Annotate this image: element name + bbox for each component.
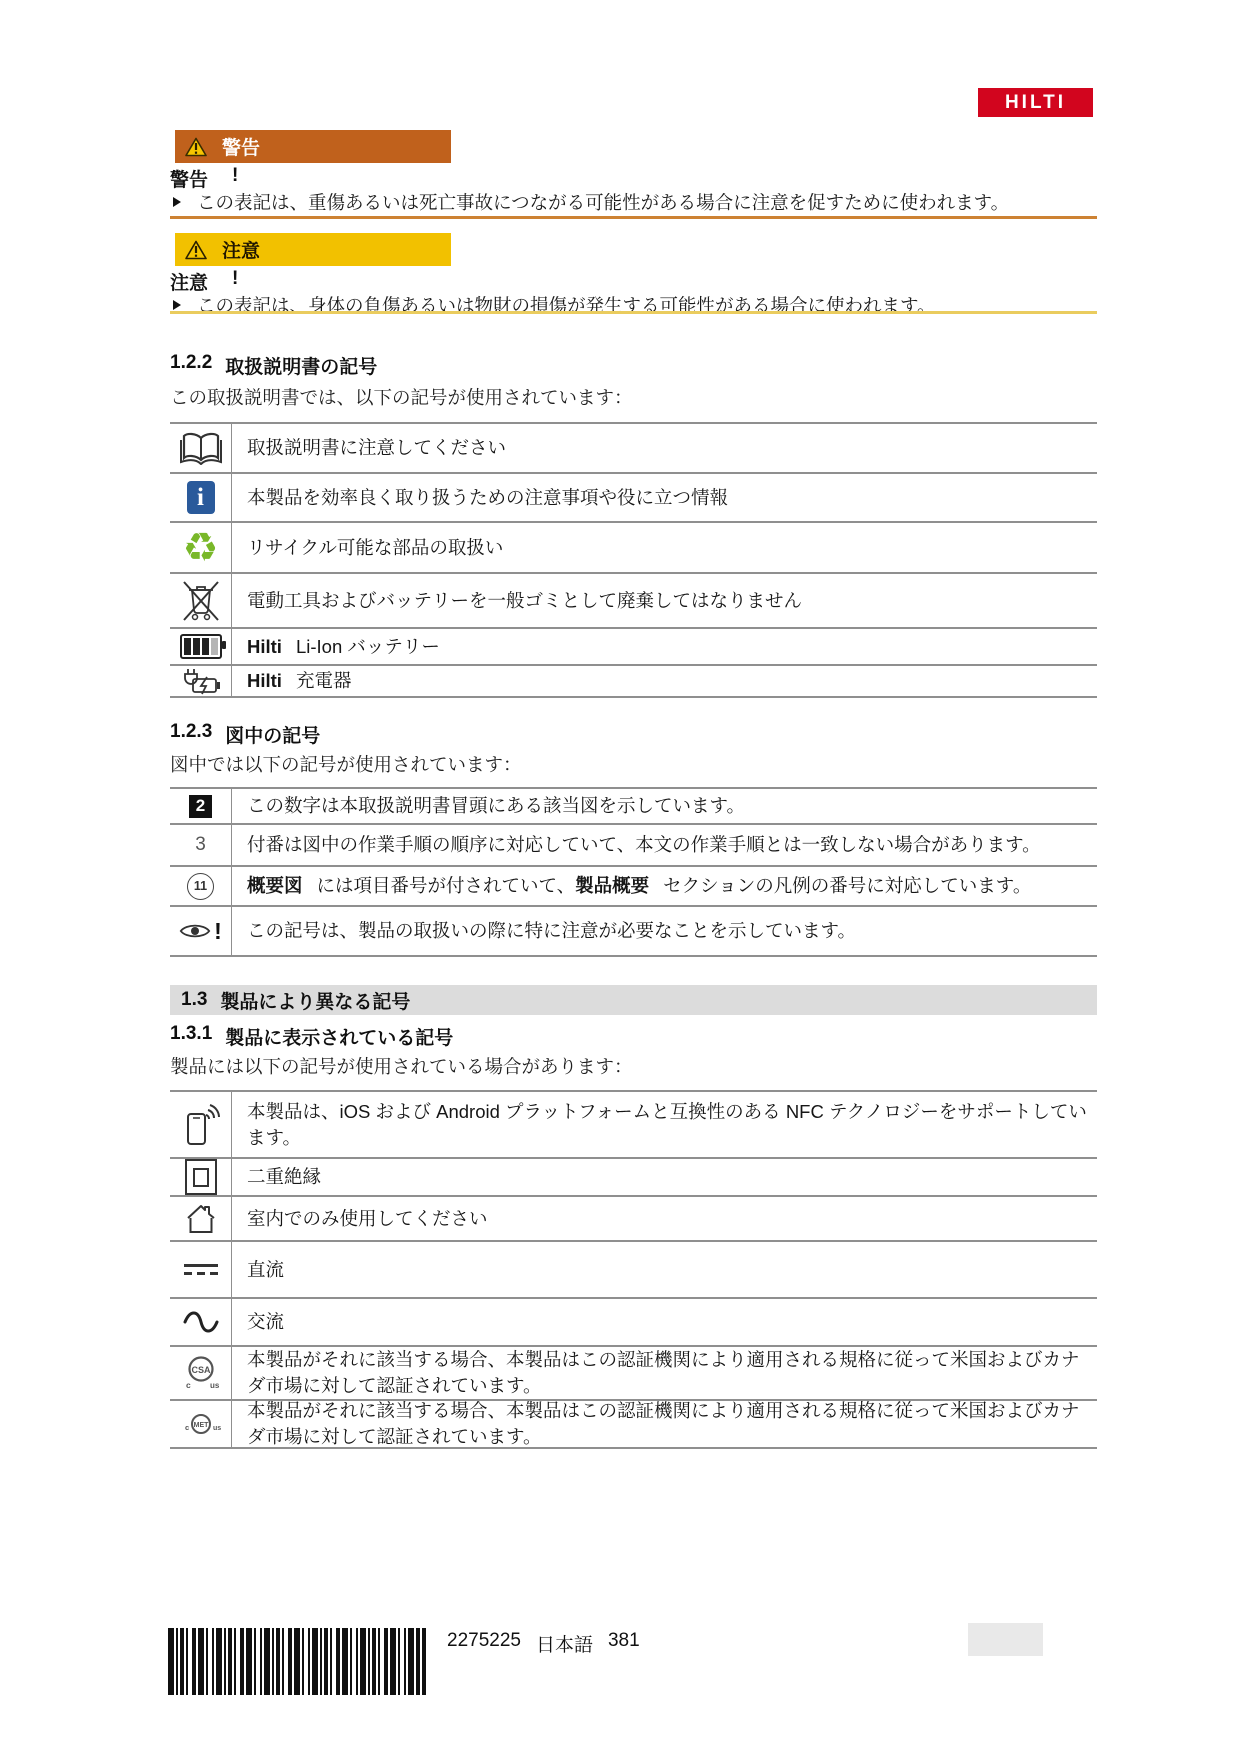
section-title: 取扱説明書の記号 bbox=[225, 352, 377, 379]
row-text: 直流 bbox=[232, 1242, 1097, 1297]
open-manual-icon bbox=[170, 424, 232, 472]
table-row: 室内でのみ使用してください bbox=[170, 1195, 1097, 1240]
section-intro-1-2-3: 図中では以下の記号が使用されています： bbox=[170, 751, 522, 777]
row-text: この記号は、製品の取扱いの際に特に注意が必要なことを示しています。 bbox=[232, 907, 1097, 955]
battery-icon bbox=[170, 629, 232, 664]
recycle-icon: ♻ bbox=[170, 523, 232, 572]
warning-banner: 警告 bbox=[175, 130, 451, 163]
table-row: i 本製品を効率良く取り扱うための注意事項や役に立つ情報 bbox=[170, 472, 1097, 521]
warning-triangle-icon bbox=[185, 137, 207, 157]
barcode bbox=[168, 1628, 426, 1695]
section-number: 1.2.2 bbox=[170, 352, 212, 379]
language-label: 日本語 bbox=[536, 1630, 593, 1657]
table-row: 本製品は、iOS および Android プラットフォームと互換性のある NFC… bbox=[170, 1090, 1097, 1157]
manual-symbols-table: 取扱説明書に注意してください i 本製品を効率良く取り扱うための注意事項や役に立… bbox=[170, 422, 1097, 698]
page-number: 381 bbox=[608, 1630, 640, 1657]
eye-bang: ! bbox=[214, 918, 222, 945]
row-text-bold: 製品概要 bbox=[575, 873, 649, 899]
row-text: 交流 bbox=[232, 1299, 1097, 1345]
row-text: Hilti 充電器 bbox=[232, 666, 1097, 696]
table-row: ♻ リサイクル可能な部品の取扱い bbox=[170, 521, 1097, 572]
caution-title-line: 注意 ! bbox=[170, 268, 238, 295]
placeholder-box bbox=[968, 1623, 1043, 1656]
indoor-use-icon bbox=[170, 1197, 232, 1240]
product-symbols-table: 本製品は、iOS および Android プラットフォームと互換性のある NFC… bbox=[170, 1090, 1097, 1449]
row-text-bold: 概要図 bbox=[247, 873, 303, 899]
table-row: 直流 bbox=[170, 1240, 1097, 1297]
row-text-rest: 充電器 bbox=[296, 668, 352, 694]
row-text: 二重絶縁 bbox=[232, 1159, 1097, 1195]
bullet-arrow-icon bbox=[173, 197, 181, 207]
row-text-rest: Li-Ion バッテリー bbox=[296, 634, 440, 660]
section-title: 図中の記号 bbox=[225, 721, 320, 748]
caution-title: 注意 bbox=[170, 268, 208, 295]
figure-number-badge-icon: 2 bbox=[170, 789, 232, 823]
section-number: 1.3 bbox=[181, 989, 207, 1011]
row-text: 概要図には項目番号が付されていて、製品概要セクションの凡例の番号に対応しています… bbox=[232, 867, 1097, 905]
brand-name: Hilti bbox=[247, 634, 282, 660]
table-row: 2 この数字は本取扱説明書冒頭にある該当図を示しています。 bbox=[170, 787, 1097, 823]
caution-banner: 注意 bbox=[175, 233, 451, 266]
warning-title: 警告 bbox=[170, 165, 208, 192]
document-number: 2275225 bbox=[447, 1630, 521, 1657]
row-text: 本製品は、iOS および Android プラットフォームと互換性のある NFC… bbox=[232, 1092, 1097, 1157]
warning-title-line: 警告 ! bbox=[170, 165, 238, 192]
no-household-waste-icon bbox=[170, 574, 232, 627]
row-text: 本製品がそれに該当する場合、本製品はこの認証機関により適用される規格に従って米国… bbox=[232, 1401, 1097, 1447]
svg-text:MET: MET bbox=[193, 1422, 209, 1429]
row-text: この数字は本取扱説明書冒頭にある該当図を示しています。 bbox=[232, 789, 1097, 823]
item-number-circle-icon: 11 bbox=[170, 867, 232, 905]
row-text: Hilti Li-Ion バッテリー bbox=[232, 629, 1097, 664]
row-text: 電動工具およびバッテリーを一般ゴミとして廃棄してはなりません bbox=[232, 574, 1097, 627]
manual-page: HILTI 警告 警告 ! この表記は、重傷あるいは死亡事故につながる可能性があ… bbox=[0, 0, 1241, 1754]
table-row: 11 概要図には項目番号が付されていて、製品概要セクションの凡例の番号に対応して… bbox=[170, 865, 1097, 905]
row-text: 取扱説明書に注意してください bbox=[232, 424, 1097, 472]
row-text: 本製品がそれに該当する場合、本製品はこの認証機関により適用される規格に従って米国… bbox=[232, 1347, 1097, 1399]
footer-info: 2275225 日本語 381 bbox=[447, 1630, 640, 1657]
warning-bullet-text: この表記は、重傷あるいは死亡事故につながる可能性がある場合に注意を促すために使わ… bbox=[197, 191, 1009, 215]
warning-banner-label: 警告 bbox=[222, 133, 260, 160]
section-title: 製品に表示されている記号 bbox=[225, 1023, 453, 1050]
row-text: 付番は図中の作業手順の順序に対応していて、本文の作業手順とは一致しない場合があり… bbox=[232, 825, 1097, 865]
table-row: CSA c us 本製品がそれに該当する場合、本製品はこの認証機関により適用され… bbox=[170, 1345, 1097, 1399]
section-title: 製品により異なる記号 bbox=[220, 987, 410, 1014]
section-number: 1.2.3 bbox=[170, 721, 212, 748]
svg-text:c: c bbox=[185, 1423, 189, 1432]
svg-text:us: us bbox=[213, 1425, 221, 1432]
warning-bang: ! bbox=[232, 165, 238, 192]
caution-bang: ! bbox=[232, 268, 238, 295]
table-row: MET c us 本製品がそれに該当する場合、本製品はこの認証機関により適用され… bbox=[170, 1399, 1097, 1449]
section-heading-1-2-2: 1.2.2 取扱説明書の記号 bbox=[170, 352, 377, 379]
row-text: リサイクル可能な部品の取扱い bbox=[232, 523, 1097, 572]
section-intro-1-3-1: 製品には以下の記号が使用されている場合があります： bbox=[170, 1053, 633, 1079]
step-number-icon: 3 bbox=[170, 825, 232, 865]
brand-name: Hilti bbox=[247, 668, 282, 694]
met-mark-icon: MET c us bbox=[170, 1401, 232, 1447]
row-text: 室内でのみ使用してください bbox=[232, 1197, 1097, 1240]
table-row: 交流 bbox=[170, 1297, 1097, 1345]
row-text-part: セクションの凡例の番号に対応しています。 bbox=[663, 873, 1031, 899]
section-heading-1-2-3: 1.2.3 図中の記号 bbox=[170, 721, 320, 748]
hilti-logo: HILTI bbox=[978, 88, 1093, 117]
caution-banner-label: 注意 bbox=[222, 236, 260, 263]
table-row: 二重絶縁 bbox=[170, 1157, 1097, 1195]
table-row: ! この記号は、製品の取扱いの際に特に注意が必要なことを示しています。 bbox=[170, 905, 1097, 957]
info-icon: i bbox=[170, 474, 232, 521]
section-heading-1-3-1: 1.3.1 製品に表示されている記号 bbox=[170, 1023, 453, 1050]
charger-icon bbox=[170, 666, 232, 696]
caution-bullet-text: この表記は、身体の負傷あるいは物財の損傷が発生する可能性がある場合に使われます。 bbox=[197, 294, 936, 318]
double-insulation-icon bbox=[170, 1159, 232, 1195]
row-text: 本製品を効率良く取り扱うための注意事項や役に立つ情報 bbox=[232, 474, 1097, 521]
svg-text:CSA: CSA bbox=[191, 1365, 211, 1375]
csa-mark-icon: CSA c us bbox=[170, 1347, 232, 1399]
direct-current-icon bbox=[170, 1242, 232, 1297]
warning-rule bbox=[170, 216, 1097, 219]
section-heading-1-3: 1.3 製品により異なる記号 bbox=[170, 985, 1097, 1015]
section-intro-1-2-2: この取扱説明書では、以下の記号が使用されています： bbox=[170, 384, 633, 410]
table-row: 3 付番は図中の作業手順の順序に対応していて、本文の作業手順とは一致しない場合が… bbox=[170, 823, 1097, 865]
caution-triangle-icon bbox=[185, 240, 207, 260]
table-row: 取扱説明書に注意してください bbox=[170, 422, 1097, 472]
section-number: 1.3.1 bbox=[170, 1023, 212, 1050]
svg-text:us: us bbox=[210, 1381, 220, 1390]
table-row: 電動工具およびバッテリーを一般ゴミとして廃棄してはなりません bbox=[170, 572, 1097, 627]
nfc-phone-icon bbox=[170, 1092, 232, 1157]
caution-rule bbox=[170, 311, 1097, 314]
bullet-arrow-icon bbox=[173, 300, 181, 310]
table-row: Hilti 充電器 bbox=[170, 664, 1097, 698]
svg-text:c: c bbox=[186, 1380, 191, 1390]
warning-bullet: この表記は、重傷あるいは死亡事故につながる可能性がある場合に注意を促すために使わ… bbox=[170, 191, 1100, 215]
figure-symbols-table: 2 この数字は本取扱説明書冒頭にある該当図を示しています。 3 付番は図中の作業… bbox=[170, 787, 1097, 957]
table-row: Hilti Li-Ion バッテリー bbox=[170, 627, 1097, 664]
caution-bullet: この表記は、身体の負傷あるいは物財の損傷が発生する可能性がある場合に使われます。 bbox=[170, 294, 1100, 318]
row-text-part: には項目番号が付されていて、 bbox=[317, 873, 576, 899]
attention-eye-icon: ! bbox=[170, 907, 232, 955]
alternating-current-icon bbox=[170, 1299, 232, 1345]
